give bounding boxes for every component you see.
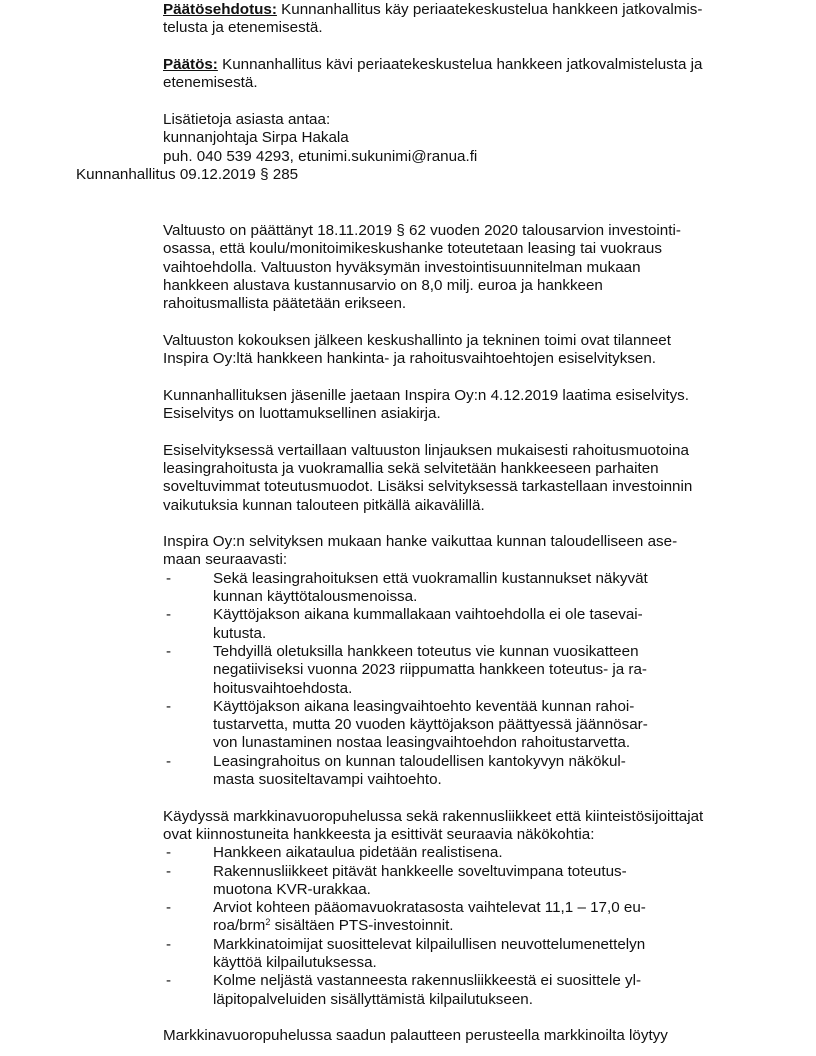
bullet-dash: - [166,899,171,917]
list-item-line: negatiiviseksi vuonna 2023 riippumatta h… [213,661,647,679]
paragraph-line: vaikutuksia kunnan talouteen pitkällä ai… [163,497,485,515]
paragraph-line: Inspira Oy:ltä hankkeen hankinta- ja rah… [163,350,656,368]
paragraph-line: osassa, että koulu/monitoimikeskushanke … [163,240,662,258]
list-item-line: hoitusvaihtoehdosta. [213,680,352,698]
bullet-dash: - [166,863,171,881]
paragraph-line: Esiselvityksessä vertaillaan valtuuston … [163,442,689,460]
proposal-line: Päätösehdotus: Kunnanhallitus käy periaa… [163,1,702,19]
contact-line: Lisätietoja asiasta antaa: [163,111,330,129]
list-item-line: käyttöä kilpailutuksessa. [213,954,377,972]
list-item-line: Tehdyillä oletuksilla hankkeen toteutus … [213,643,639,661]
contact-line: kunnanjohtaja Sirpa Hakala [163,129,349,147]
list-item-line: Rakennusliikkeet pitävät hankkeelle sove… [213,863,627,881]
paragraph-line: hankkeen alustava kustannusarvio on 8,0 … [163,277,603,295]
paragraph-line: Kunnanhallituksen jäsenille jaetaan Insp… [163,387,689,405]
paragraph-line: Valtuuston kokouksen jälkeen keskushalli… [163,332,671,350]
list-item-line: kutusta. [213,625,266,643]
bullet-dash: - [166,570,171,588]
paragraph-line: vaihtoehdolla. Valtuuston hyväksymän inv… [163,259,641,277]
list-item-line: Käyttöjakson aikana leasingvaihtoehto ke… [213,698,634,716]
paragraph-line: Esiselvitys on luottamuksellinen asiakir… [163,405,441,423]
list-item-line: Markkinatoimijat suosittelevat kilpailul… [213,936,645,954]
list-item-line: Hankkeen aikataulua pidetään realistisen… [213,844,503,862]
list-item-line: kunnan käyttötalousmenoissa. [213,588,417,606]
paragraph-line: ovat kiinnostuneita hankkeesta ja esitti… [163,826,594,844]
list-item-line: Arviot kohteen pääomavuokratasosta vaiht… [213,899,646,917]
list-item-line: Leasingrahoitus on kunnan taloudellisen … [213,753,626,771]
decision-label: Päätös: [163,56,218,73]
paragraph-line: Markkinavuoropuhelussa saadun palautteen… [163,1027,668,1045]
list-item-line: von lunastaminen nostaa leasingvaihtoehd… [213,734,630,752]
list-item-line: muotona KVR-urakkaa. [213,881,371,899]
contact-line: puh. 040 539 4293, etunimi.sukunimi@ranu… [163,148,477,166]
list-item-line: tustarvetta, mutta 20 vuoden käyttöjakso… [213,716,648,734]
proposal-label: Päätösehdotus: [163,1,277,18]
bullet-dash: - [166,698,171,716]
list-item-line: masta suositeltavampi vaihtoehto. [213,771,442,789]
paragraph-line: Valtuusto on päättänyt 18.11.2019 § 62 v… [163,222,681,240]
bullet-dash: - [166,606,171,624]
bullet-dash: - [166,972,171,990]
list-item-line: läpitopalveluiden sisällyttämistä kilpai… [213,991,533,1009]
paragraph-line: leasingrahoitusta ja vuokramallia sekä s… [163,460,659,478]
paragraph-line: maan seuraavasti: [163,551,287,569]
paragraph-line: Inspira Oy:n selvityksen mukaan hanke va… [163,533,677,551]
section-heading: Kunnanhallitus 09.12.2019 § 285 [76,166,298,184]
decision-line: Päätös: Kunnanhallitus kävi periaatekesk… [163,56,702,74]
list-item-line: Sekä leasingrahoituksen että vuokramalli… [213,570,648,588]
decision-line: etenemisestä. [163,74,258,92]
list-item-line: Käyttöjakson aikana kummallakaan vaihtoe… [213,606,643,624]
paragraph-line: soveltuvimmat toteutusmuodot. Lisäksi se… [163,478,692,496]
bullet-dash: - [166,844,171,862]
paragraph-line: rahoitusmallista päätetään erikseen. [163,295,406,313]
paragraph-line: Käydyssä markkinavuoropuhelussa sekä rak… [163,808,703,826]
list-item-line: Kolme neljästä vastanneesta rakennusliik… [213,972,641,990]
proposal-line: telusta ja etenemisestä. [163,19,323,37]
bullet-dash: - [166,936,171,954]
bullet-dash: - [166,753,171,771]
list-item-line: roa/brm2 sisältäen PTS-investoinnit. [213,917,454,935]
bullet-dash: - [166,643,171,661]
